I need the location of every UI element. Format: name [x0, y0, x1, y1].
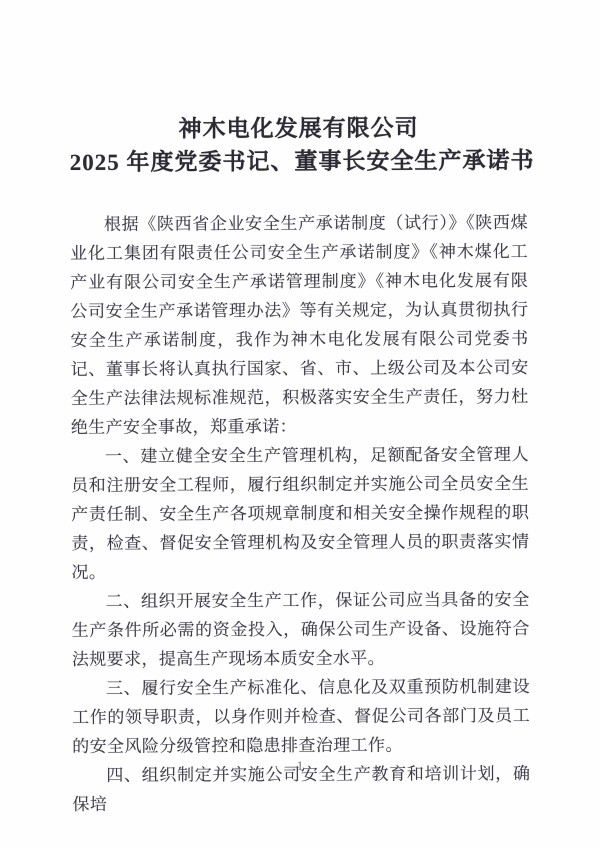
- paragraph-item-1: 一、建立健全安全生产管理机构，足额配备安全管理人员和注册安全工程师，履行组织制定…: [71, 440, 530, 587]
- document-content: 神木电化发展有限公司 2025 年度党委书记、董事长安全生产承诺书 根据《陕西省…: [69, 111, 530, 819]
- paragraph-intro: 根据《陕西省企业安全生产承诺制度（试行）》《陕西煤业化工集团有限责任公司安全生产…: [70, 208, 529, 442]
- paragraph-item-2: 二、组织开展安全生产工作，保证公司应当具备的安全生产条件所必需的资金投入，确保公…: [72, 585, 530, 674]
- document-title-line-2: 2025 年度党委书记、董事长安全生产承诺书: [70, 144, 528, 179]
- scanned-page: 神木电化发展有限公司 2025 年度党委书记、董事长安全生产承诺书 根据《陕西省…: [0, 0, 600, 848]
- document-title-line-1: 神木电化发展有限公司: [69, 111, 527, 146]
- paragraph-item-3: 三、履行安全生产标准化、信息化及双重预防机制建设工作的领导职责，以身作则并检查、…: [72, 672, 530, 761]
- document-body: 根据《陕西省企业安全生产承诺制度（试行）》《陕西煤业化工集团有限责任公司安全生产…: [70, 208, 531, 819]
- page-number: 1: [0, 758, 600, 774]
